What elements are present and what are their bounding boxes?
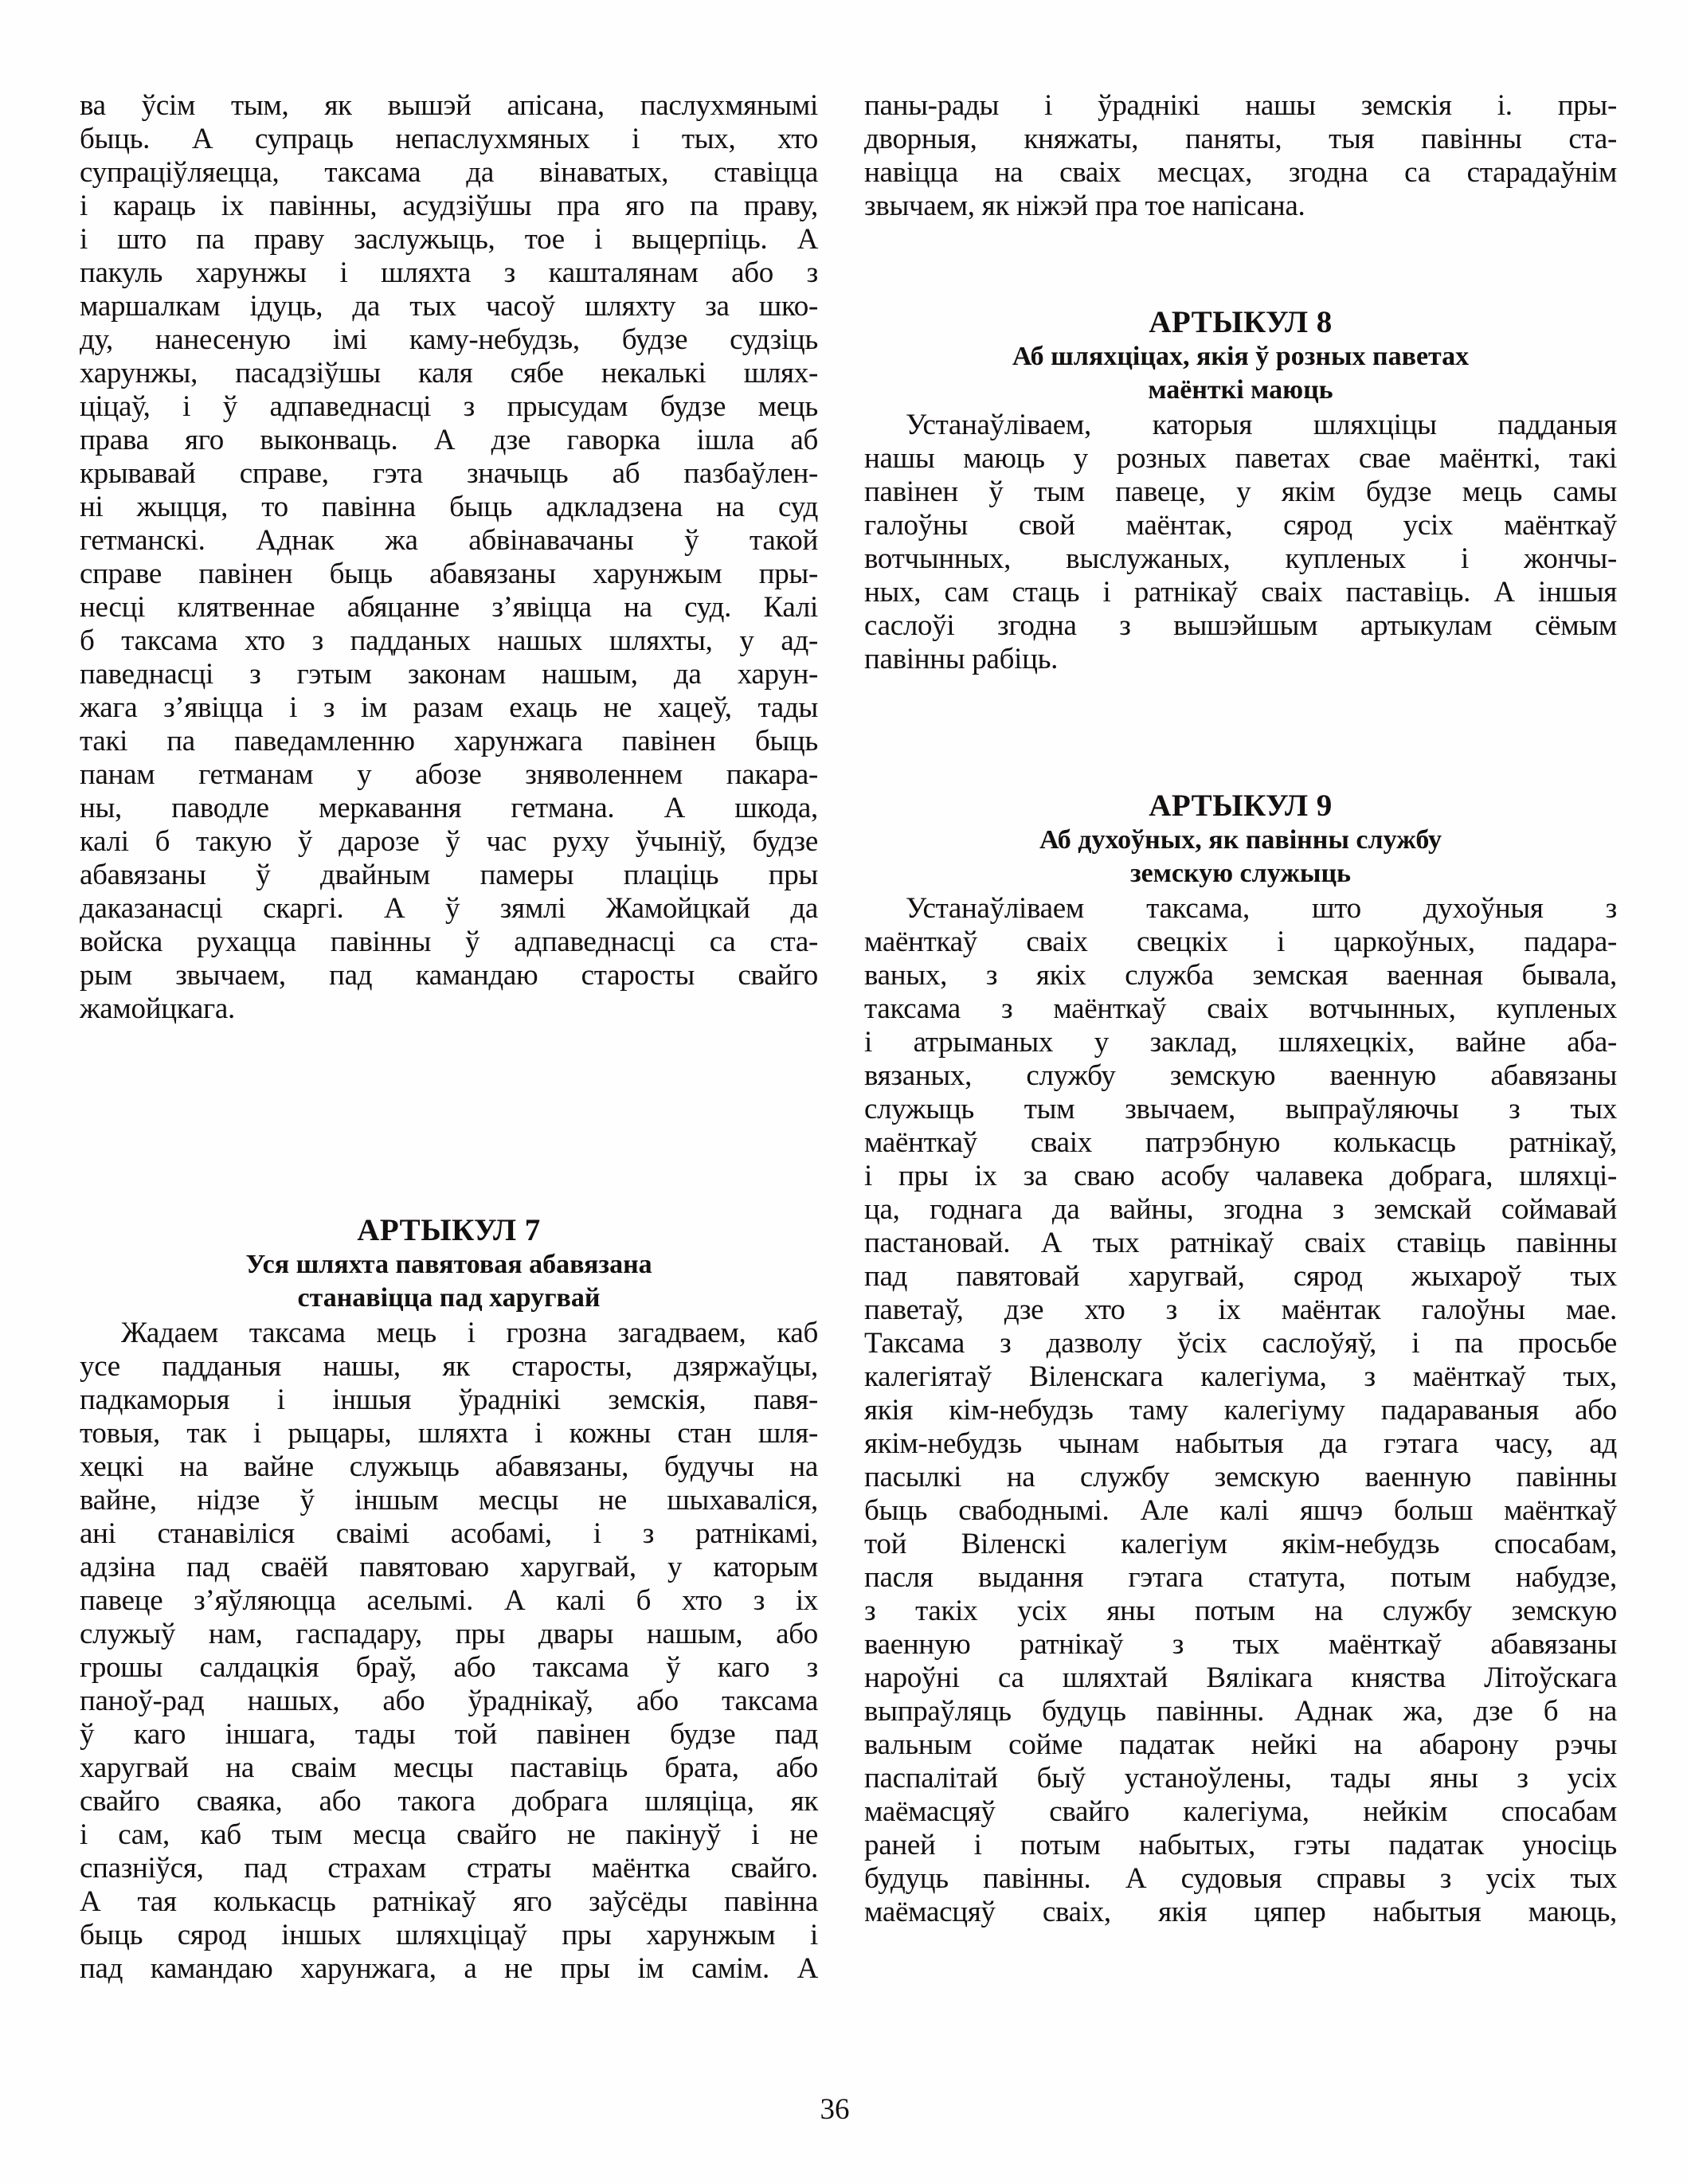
text-line: несці клятвеннае абяцанне з’явіцца на су…: [80, 591, 818, 624]
text-line: служыць тым звычаем, выпраўляючы з тых: [864, 1093, 1617, 1126]
text-line: саслоўі згодна з вышэйшым артыкулам сёмы…: [864, 609, 1617, 643]
text-line: павеце з’яўляюцца аселымі. А калі б хто …: [80, 1584, 818, 1618]
text-line: А тая колькасць ратнікаў яго заўсёды пав…: [80, 1885, 818, 1919]
text-line: нароўні са шляхтай Вялікага княства Літо…: [864, 1661, 1617, 1695]
text-line: пакуль харунжы і шляхта з кашталянам або…: [80, 256, 818, 290]
text-line: падкаморыя і іншыя ўраднікі земскія, пав…: [80, 1384, 818, 1417]
text-line: жага з’явіцца і з ім разам ехаць не хаце…: [80, 691, 818, 725]
text-line: абавязаны ў двайным памеры плаціць пры: [80, 859, 818, 892]
text-line: жамойцкага.: [80, 992, 818, 1026]
text-line: товыя, так і рыцары, шляхта і кожны стан…: [80, 1417, 818, 1450]
text-line: нашы маюць у розных паветах свае маёнткі…: [864, 442, 1617, 476]
text-line: служыў нам, гаспадару, пры двары нашым, …: [80, 1618, 818, 1651]
text-line: усе падданыя нашы, як старосты, дзяржаўц…: [80, 1350, 818, 1384]
text-line: свайго сваяка, або такога добрага шляціц…: [80, 1785, 818, 1818]
text-line: вальным сойме падатак нейкі на абарону р…: [864, 1728, 1617, 1762]
text-line: паспалітай быў устаноўлены, тады яны з у…: [864, 1762, 1617, 1795]
text-line: паветаў, дзе хто з іх маёнтак галоўны ма…: [864, 1294, 1617, 1327]
text-line: ных, сам стаць і ратнікаў сваіх паставіц…: [864, 576, 1617, 609]
text-line: Устанаўліваем таксама, што духоўныя з: [864, 892, 1617, 926]
text-line: калегіятаў Віленскага калегіума, з маёнт…: [864, 1360, 1617, 1394]
text-line: маршалкам ідуць, да тых часоў шляхту за …: [80, 290, 818, 323]
text-line: раней і потым набытых, гэты падатак унос…: [864, 1829, 1617, 1862]
page-number: 36: [797, 2093, 873, 2127]
text-line: звычаем, як ніжэй пра тое напісана.: [864, 190, 1617, 223]
text-line: і пры іх за сваю асобу чалавека добрага,…: [864, 1160, 1617, 1193]
document-page: ва ўсім тым, як вышэй апісана, паслухмян…: [0, 0, 1687, 2184]
text-line: і сам, каб тым месца свайго не пакінуў і…: [80, 1818, 818, 1852]
article-9-subtitle-line: земскую служыць: [864, 857, 1617, 890]
text-line: будуць павінны. А судовыя справы з усіх …: [864, 1862, 1617, 1896]
text-line: справе павінен быць абавязаны харунжым п…: [80, 558, 818, 591]
text-line: быць сярод іншых шляхціцаў пры харунжым …: [80, 1919, 818, 1952]
text-line: ні жыцця, то павінна быць адкладзена на …: [80, 491, 818, 524]
text-line: паведнасці з гэтым законам нашым, да хар…: [80, 658, 818, 691]
text-line: ны, паводле меркавання гетмана. А шкода,: [80, 792, 818, 825]
text-line: пад камандаю харунжага, а не пры ім самі…: [80, 1952, 818, 1986]
article-9-subtitle-line: Аб духоўных, як павінны службу: [864, 824, 1617, 857]
text-line: і караць іх павінны, асудзіўшы пра яго п…: [80, 190, 818, 223]
text-line: пасля выдання гэтага статута, потым набу…: [864, 1561, 1617, 1595]
article-7-subtitle-line: Уся шляхта павятовая абавязана: [80, 1248, 818, 1282]
text-line: хецкі на вайне служыць абавязаны, будучы…: [80, 1450, 818, 1484]
article-7-subtitle-line: станавіцца пад харугвай: [80, 1282, 818, 1315]
text-line: павінен ў тым павеце, у якім будзе мець …: [864, 476, 1617, 509]
text-line: быць свабоднымі. Але калі яшчэ больш маё…: [864, 1494, 1617, 1528]
text-line: харунжы, пасадзіўшы каля сябе некалькі ш…: [80, 357, 818, 390]
article-7-title: АРТЫКУЛ 7: [80, 1213, 818, 1248]
text-line: даказанасці скаргі. А ў зямлі Жамойцкай …: [80, 892, 818, 926]
text-line: б таксама хто з падданых нашых шляхты, у…: [80, 624, 818, 658]
text-line: калі б такую ў дарозе ў час руху ўчыніў,…: [80, 825, 818, 859]
article-8-subtitle-line: маёнткі маюць: [864, 374, 1617, 407]
text-line: ца, годнага да вайны, згодна з земскай с…: [864, 1193, 1617, 1227]
text-line: гетманскі. Аднак жа абвінавачаны ў такой: [80, 524, 818, 558]
text-line: ціцаў, і ў адпаведнасці з прысудам будзе…: [80, 390, 818, 424]
text-line: Устанаўліваем, каторыя шляхціцы падданыя: [864, 409, 1617, 442]
text-line: паны-рады і ўраднікі нашы земскія і. пры…: [864, 89, 1617, 123]
text-line: з такіх усіх яны потым на службу земскую: [864, 1595, 1617, 1628]
text-line: Таксама з дазволу ўсіх саслоўяў, і па пр…: [864, 1327, 1617, 1360]
text-line: вайне, нідзе ў іншым месцы не шыхаваліся…: [80, 1484, 818, 1517]
text-line: рым звычаем, пад камандаю старосты свайг…: [80, 959, 818, 992]
text-line: харугвай на сваім месцы паставіць брата,…: [80, 1752, 818, 1785]
text-line: навіцца на сваіх месцах, згодна са стара…: [864, 156, 1617, 190]
text-line: ані станавіліся сваімі асобамі, і з ратн…: [80, 1517, 818, 1551]
text-line: пасылкі на службу земскую ваенную павінн…: [864, 1461, 1617, 1494]
text-line: і што па праву заслужыць, тое і выцерпіц…: [80, 223, 818, 256]
text-line: ваных, з якіх служба земская ваенная быв…: [864, 959, 1617, 992]
text-line: ва ўсім тым, як вышэй апісана, паслухмян…: [80, 89, 818, 123]
article-8-subtitle-line: Аб шляхціцах, якія ў розных паветах: [864, 340, 1617, 374]
text-line: Жадаем таксама мець і грозна загадваем, …: [80, 1317, 818, 1350]
article-8-title: АРТЫКУЛ 8: [864, 305, 1617, 340]
text-line: вязаных, службу земскую ваенную абавязан…: [864, 1059, 1617, 1093]
text-line: павінны рабіць.: [864, 643, 1617, 676]
text-line: панам гетманам у абозе зняволеннем пакар…: [80, 758, 818, 792]
text-line: быць. А супраць непаслухмяных і тых, хто: [80, 123, 818, 156]
text-line: той Віленскі калегіум якім-небудзь споса…: [864, 1528, 1617, 1561]
text-line: войска рухацца павінны ў адпаведнасці са…: [80, 926, 818, 959]
text-line: паноў-рад нашых, або ўраднікаў, або такс…: [80, 1685, 818, 1718]
text-line: спазніўся, пад страхам страты маёнтка св…: [80, 1852, 818, 1885]
article-9-title: АРТЫКУЛ 9: [864, 789, 1617, 824]
text-line: вотчынных, выслужаных, купленых і жончы-: [864, 542, 1617, 576]
text-line: пад павятовай харугвай, сярод жыхароў ты…: [864, 1260, 1617, 1294]
text-line: такі па паведамленню харунжага павінен б…: [80, 725, 818, 758]
text-line: крывавай справе, гэта значыць аб пазбаўл…: [80, 457, 818, 491]
text-line: пастановай. А тых ратнікаў сваіх ставіць…: [864, 1227, 1617, 1260]
text-line: ваенную ратнікаў з тых маёнткаў абавязан…: [864, 1628, 1617, 1661]
text-line: маёмасцяў свайго калегіума, нейкім споса…: [864, 1795, 1617, 1829]
text-line: таксама з маёнткаў сваіх вотчынных, купл…: [864, 992, 1617, 1026]
text-line: ду, нанесеную імі каму-небудзь, будзе су…: [80, 323, 818, 357]
text-line: маёнткаў сваіх патрэбную колькасць ратні…: [864, 1126, 1617, 1160]
text-line: маёнткаў сваіх свецкіх і царкоўных, пада…: [864, 926, 1617, 959]
text-line: ў каго іншага, тады той павінен будзе па…: [80, 1718, 818, 1752]
text-line: права яго выконваць. А дзе гаворка ішла …: [80, 424, 818, 457]
text-line: адзіна пад сваёй павятоваю харугвай, у к…: [80, 1551, 818, 1584]
text-line: якім-небудзь чынам набытыя да гэтага час…: [864, 1427, 1617, 1461]
text-line: выпраўляць будуць павінны. Аднак жа, дзе…: [864, 1695, 1617, 1728]
text-line: якія кім-небудзь таму калегіуму падарава…: [864, 1394, 1617, 1427]
text-line: дворныя, княжаты, паняты, тыя павінны ст…: [864, 123, 1617, 156]
text-line: маёмасцяў сваіх, якія цяпер набытыя маюц…: [864, 1896, 1617, 1929]
text-line: супраціўляецца, таксама да вінаватых, ст…: [80, 156, 818, 190]
text-line: і атрыманых у заклад, шляхецкіх, вайне а…: [864, 1026, 1617, 1059]
text-line: грошы салдацкія браў, або таксама ў каго…: [80, 1651, 818, 1685]
text-line: галоўны свой маёнтак, сярод усіх маёнтка…: [864, 509, 1617, 542]
